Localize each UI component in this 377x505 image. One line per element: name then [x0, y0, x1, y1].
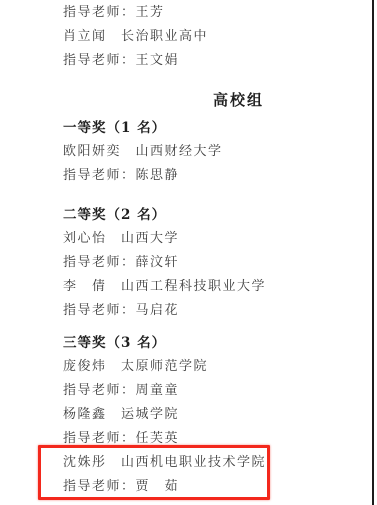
award-tier-heading-first-prize: 一等奖（1 名） — [63, 116, 377, 140]
winner-line: 杨隆鑫 运城学院 — [63, 403, 377, 427]
winner-line: 刘心怡 山西大学 — [63, 227, 377, 251]
instructor-line: 指导老师：薛汶轩 — [63, 251, 377, 275]
page-right-edge — [372, 0, 374, 505]
highlighted-entry: 沈姝彤 山西机电职业技术学院 指导老师：贾 茹 — [63, 451, 377, 499]
instructor-line: 指导老师：任芙英 — [63, 427, 377, 451]
award-tier-heading-second-prize: 二等奖（2 名） — [63, 203, 377, 227]
award-tier-heading-third-prize: 三等奖（3 名） — [63, 331, 377, 355]
winner-line: 欧阳妍奕 山西财经大学 — [63, 140, 377, 164]
instructor-line: 指导老师：陈思静 — [63, 164, 377, 188]
group-heading-universities: 高校组 — [213, 88, 377, 112]
winner-line: 庞俊炜 太原师范学院 — [63, 355, 377, 379]
document-page: 指导老师：王芳 肖立闻 长治职业高中 指导老师：王文娟 高校组 一等奖（1 名）… — [0, 0, 377, 505]
winner-line: 肖立闻 长治职业高中 — [63, 25, 377, 49]
instructor-line: 指导老师：贾 茹 — [63, 475, 377, 499]
winner-line: 沈姝彤 山西机电职业技术学院 — [63, 451, 377, 475]
award-list: 指导老师：王芳 肖立闻 长治职业高中 指导老师：王文娟 高校组 一等奖（1 名）… — [0, 0, 377, 499]
instructor-line: 指导老师：王文娟 — [63, 49, 377, 73]
instructor-line: 指导老师：马启花 — [63, 299, 377, 323]
winner-line: 李 倩 山西工程科技职业大学 — [63, 275, 377, 299]
instructor-line: 指导老师：周童童 — [63, 379, 377, 403]
instructor-line: 指导老师：王芳 — [63, 1, 377, 25]
